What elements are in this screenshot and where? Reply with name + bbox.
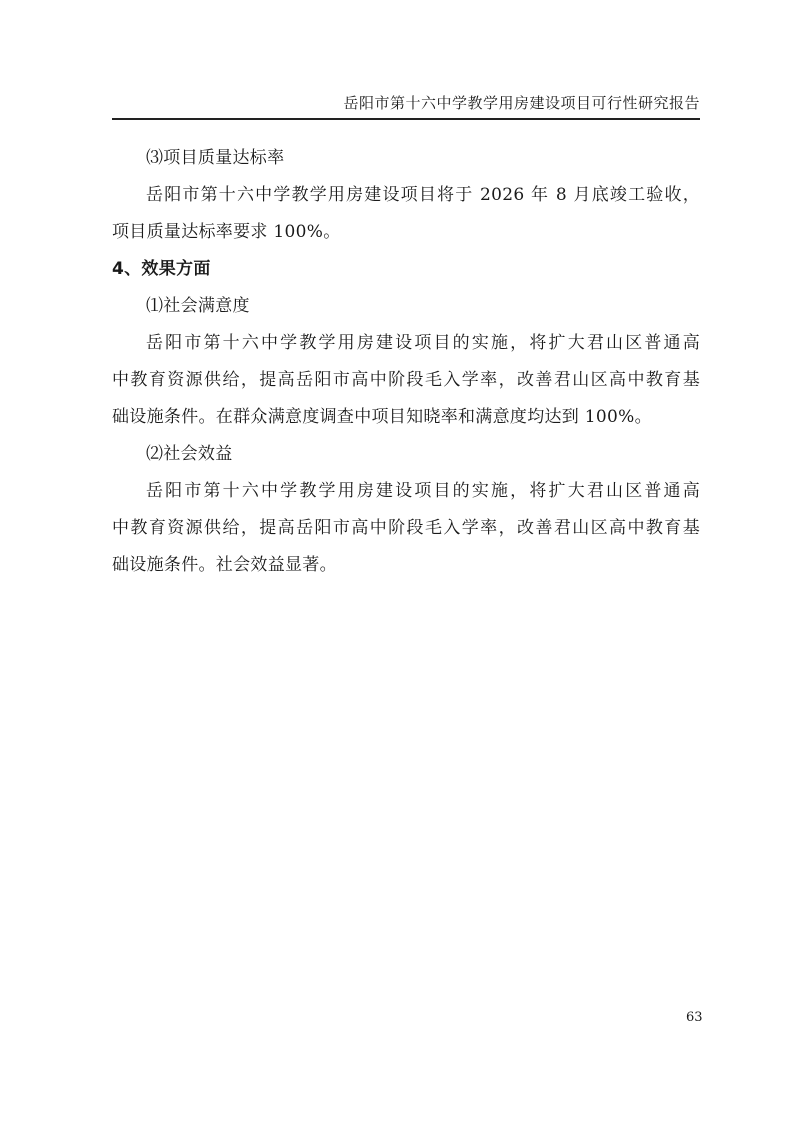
paragraph-line: 础设施条件。在群众满意度调查中项目知晓率和满意度均达到 100%。 [112,399,700,436]
subheading-quality-rate: ⑶项目质量达标率 [112,140,700,177]
paragraph-line: 项目质量达标率要求 100%。 [112,214,700,251]
paragraph-line: 中教育资源供给，提高岳阳市高中阶段毛入学率，改善君山区高中教育基 [112,510,700,547]
page-number: 63 [686,1010,703,1025]
subheading-social-satisfaction: ⑴社会满意度 [112,288,700,325]
section-heading-effects: 4、效果方面 [112,251,700,288]
paragraph-line: 中教育资源供给，提高岳阳市高中阶段毛入学率，改善君山区高中教育基 [112,362,700,399]
paragraph-line: 础设施条件。社会效益显著。 [112,547,700,584]
header-title: 岳阳市第十六中学教学用房建设项目可行性研究报告 [343,92,700,113]
paragraph-line: 岳阳市第十六中学教学用房建设项目的实施，将扩大君山区普通高 [112,325,700,362]
page-header: 岳阳市第十六中学教学用房建设项目可行性研究报告 [112,92,700,120]
page-content: ⑶项目质量达标率 岳阳市第十六中学教学用房建设项目将于 2026 年 8 月底竣… [112,140,700,584]
paragraph-line: 岳阳市第十六中学教学用房建设项目将于 2026 年 8 月底竣工验收， [112,177,700,214]
paragraph-line: 岳阳市第十六中学教学用房建设项目的实施，将扩大君山区普通高 [112,473,700,510]
subheading-social-benefit: ⑵社会效益 [112,436,700,473]
